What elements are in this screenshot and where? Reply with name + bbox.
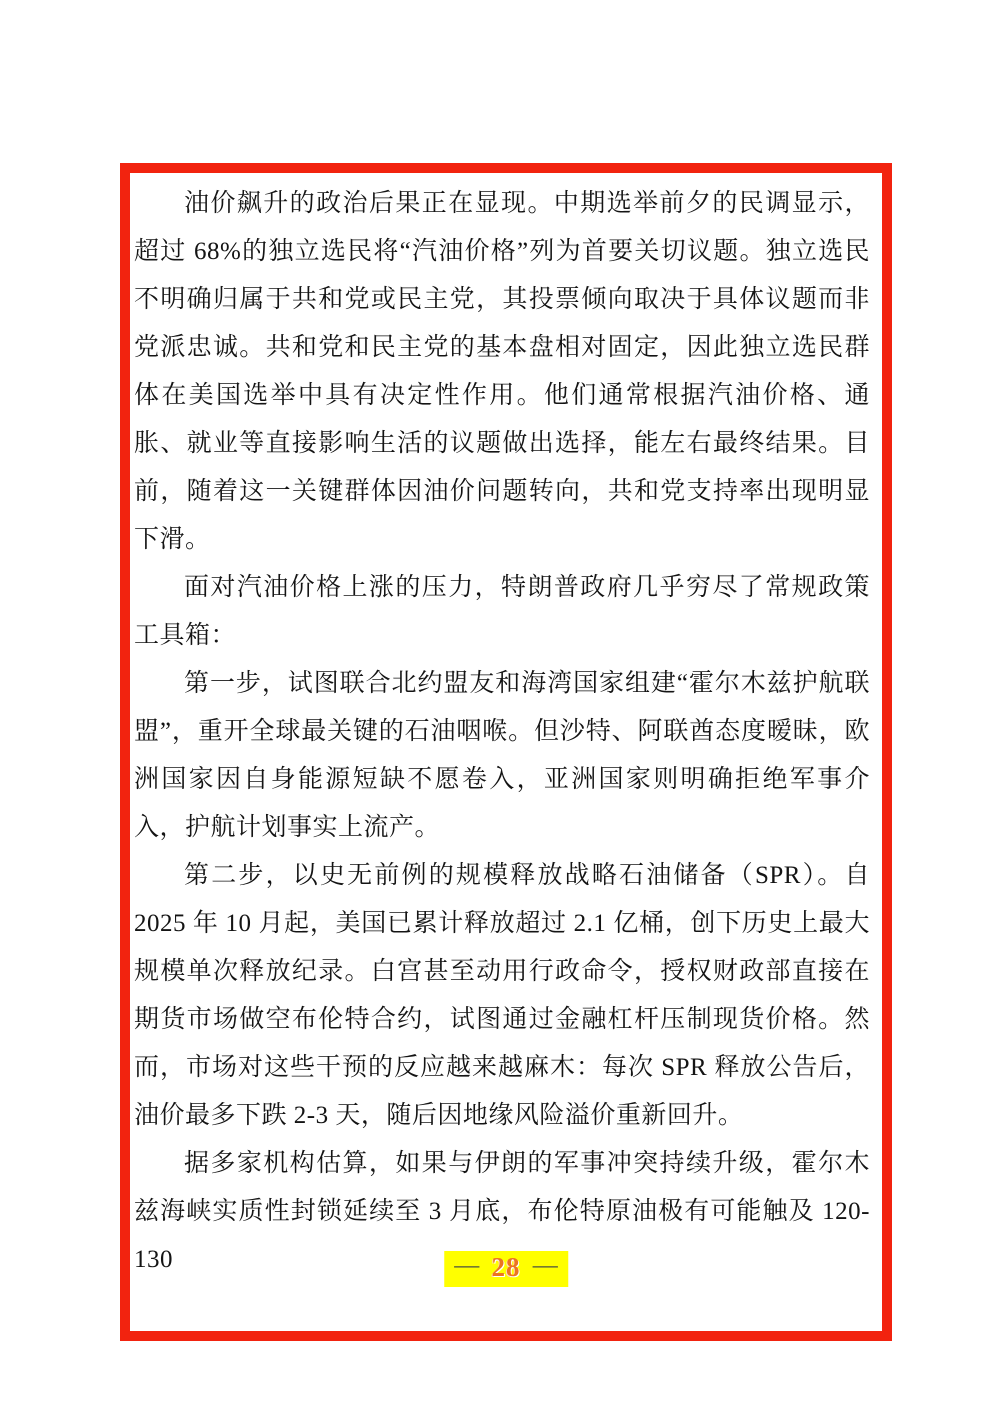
paragraph: 面对汽油价格上涨的压力，特朗普政府几乎穷尽了常规政策工具箱：: [134, 564, 870, 660]
page-number: 28: [492, 1252, 521, 1282]
page-number-footer: — 28 —: [444, 1251, 568, 1287]
red-border-frame: 油价飙升的政治后果正在显现。中期选举前夕的民调显示，超过 68%的独立选民将“汽…: [120, 163, 892, 1341]
paragraph: 第二步，以史无前例的规模释放战略石油储备（SPR）。自 2025 年 10 月起…: [134, 852, 870, 1140]
document-page: { "page": { "background_color": "#ffffff…: [0, 0, 1000, 1414]
footer-dash-right: —: [533, 1252, 558, 1279]
paragraph: 油价飙升的政治后果正在显现。中期选举前夕的民调显示，超过 68%的独立选民将“汽…: [134, 180, 870, 564]
footer-dash-left: —: [454, 1252, 479, 1279]
paragraph: 第一步，试图联合北约盟友和海湾国家组建“霍尔木兹护航联盟”，重开全球最关键的石油…: [134, 660, 870, 852]
body-text: 油价飙升的政治后果正在显现。中期选举前夕的民调显示，超过 68%的独立选民将“汽…: [130, 173, 882, 1284]
